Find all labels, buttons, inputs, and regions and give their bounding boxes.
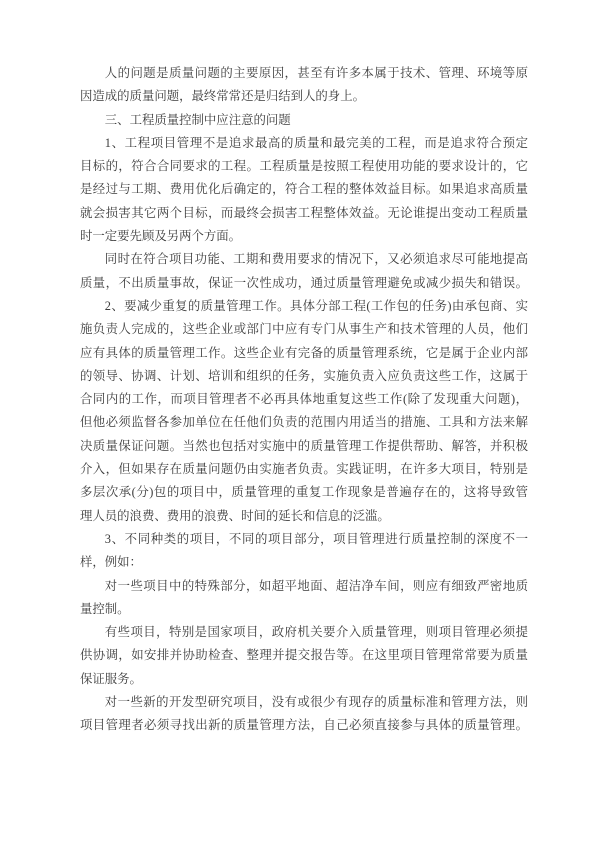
paragraph: 有些项目，特别是国家项目，政府机关要介入质量管理，则项目管理必须提供协调，如安排… (80, 621, 528, 691)
text-line: 就会损害其它两个目标，而最终会损害工程整体效益。无论谁提出变动工程质量 (80, 202, 528, 225)
text-line: 人的问题是质量问题的主要原因，甚至有许多本属于技术、管理、环境等原 (80, 62, 528, 85)
text-line: 质量，不出质量事故，保证一次性成功，通过质量管理避免或减少损失和错误。 (80, 272, 528, 295)
text-line: 施负责人完成的，这些企业或部门中应有专门从事生产和技术管理的人员，他们 (80, 318, 528, 341)
text-line: 的领导、协调、计划、培训和组织的任务，实施负责入应负责这些工作，这属于 (80, 365, 528, 388)
text-line: 同时在符合项目功能、工期和费用要求的情况下，又必须追求尽可能地提高 (80, 248, 528, 271)
paragraph: 人的问题是质量问题的主要原因，甚至有许多本属于技术、管理、环境等原因造成的质量问… (80, 62, 528, 109)
text-line: 供协调，如安排并协助检查、整理并提交报告等。在这里项目管理常常要为质量 (80, 644, 528, 667)
text-line: 目标的，符合合同要求的工程。工程质量是按照工程使用功能的要求设计的，它 (80, 155, 528, 178)
text-line: 介入，但如果存在质量问题仍由实施者负责。实践证明，在许多大项目，特别是 (80, 458, 528, 481)
text-line: 合同内的工作，而项目管理者不必再具体地重复这些工作(除了发现重大问题)， (80, 388, 528, 411)
text-line: 但他必须监督各参加单位在任他们负责的范围内用适当的措施、工具和方法来解 (80, 411, 528, 434)
text-line: 项目管理者必须寻找出新的质量管理方法，自己必须直接参与具体的质量管理。 (80, 714, 528, 737)
paragraph: 同时在符合项目功能、工期和费用要求的情况下，又必须追求尽可能地提高质量，不出质量… (80, 248, 528, 295)
text-line: 理人员的浪费、费用的浪费、时间的延长和信息的泛滥。 (80, 505, 528, 528)
document-page: 人的问题是质量问题的主要原因，甚至有许多本属于技术、管理、环境等原因造成的质量问… (0, 0, 608, 842)
text-line: 1、工程项目管理不是追求最高的质量和最完美的工程，而是追求符合预定 (80, 132, 528, 155)
text-line: 三、工程质量控制中应注意的问题 (80, 109, 528, 132)
document-body: 人的问题是质量问题的主要原因，甚至有许多本属于技术、管理、环境等原因造成的质量问… (80, 62, 528, 738)
text-line: 应有具体的质量管理工作。这些企业有完备的质量管理系统，它是属于企业内部 (80, 342, 528, 365)
text-line: 有些项目，特别是国家项目，政府机关要介入质量管理，则项目管理必须提 (80, 621, 528, 644)
paragraph: 2、要减少重复的质量管理工作。具体分部工程(工作包的任务)由承包商、实施负责人完… (80, 295, 528, 528)
paragraph: 1、工程项目管理不是追求最高的质量和最完美的工程，而是追求符合预定目标的，符合合… (80, 132, 528, 248)
text-line: 2、要减少重复的质量管理工作。具体分部工程(工作包的任务)由承包商、实 (80, 295, 528, 318)
text-line: 多层次承(分)包的项目中，质量管理的重复工作现象是普遍存在的，这将导致管 (80, 481, 528, 504)
text-line: 因造成的质量问题，最终常常还是归结到人的身上。 (80, 85, 528, 108)
text-line: 保证服务。 (80, 668, 528, 691)
text-line: 决质量保证问题。当然也包括对实施中的质量管理工作提供帮助、解答，并积极 (80, 435, 528, 458)
text-line: 时一定要先顾及另两个方面。 (80, 225, 528, 248)
text-line: 样，例如： (80, 551, 528, 574)
text-line: 对一些新的开发型研究项目，没有或很少有现存的质量标准和管理方法，则 (80, 691, 528, 714)
paragraph: 对一些项目中的特殊部分，如超平地面、超洁净车间，则应有细致严密地质量控制。 (80, 575, 528, 622)
text-line: 量控制。 (80, 598, 528, 621)
text-line: 3、不同种类的项目，不同的项目部分，项目管理进行质量控制的深度不一 (80, 528, 528, 551)
paragraph: 对一些新的开发型研究项目，没有或很少有现存的质量标准和管理方法，则项目管理者必须… (80, 691, 528, 738)
paragraph: 3、不同种类的项目，不同的项目部分，项目管理进行质量控制的深度不一样，例如： (80, 528, 528, 575)
text-line: 对一些项目中的特殊部分，如超平地面、超洁净车间，则应有细致严密地质 (80, 575, 528, 598)
paragraph: 三、工程质量控制中应注意的问题 (80, 109, 528, 132)
text-line: 是经过与工期、费用优化后确定的，符合工程的整体效益目标。如果追求高质量 (80, 178, 528, 201)
